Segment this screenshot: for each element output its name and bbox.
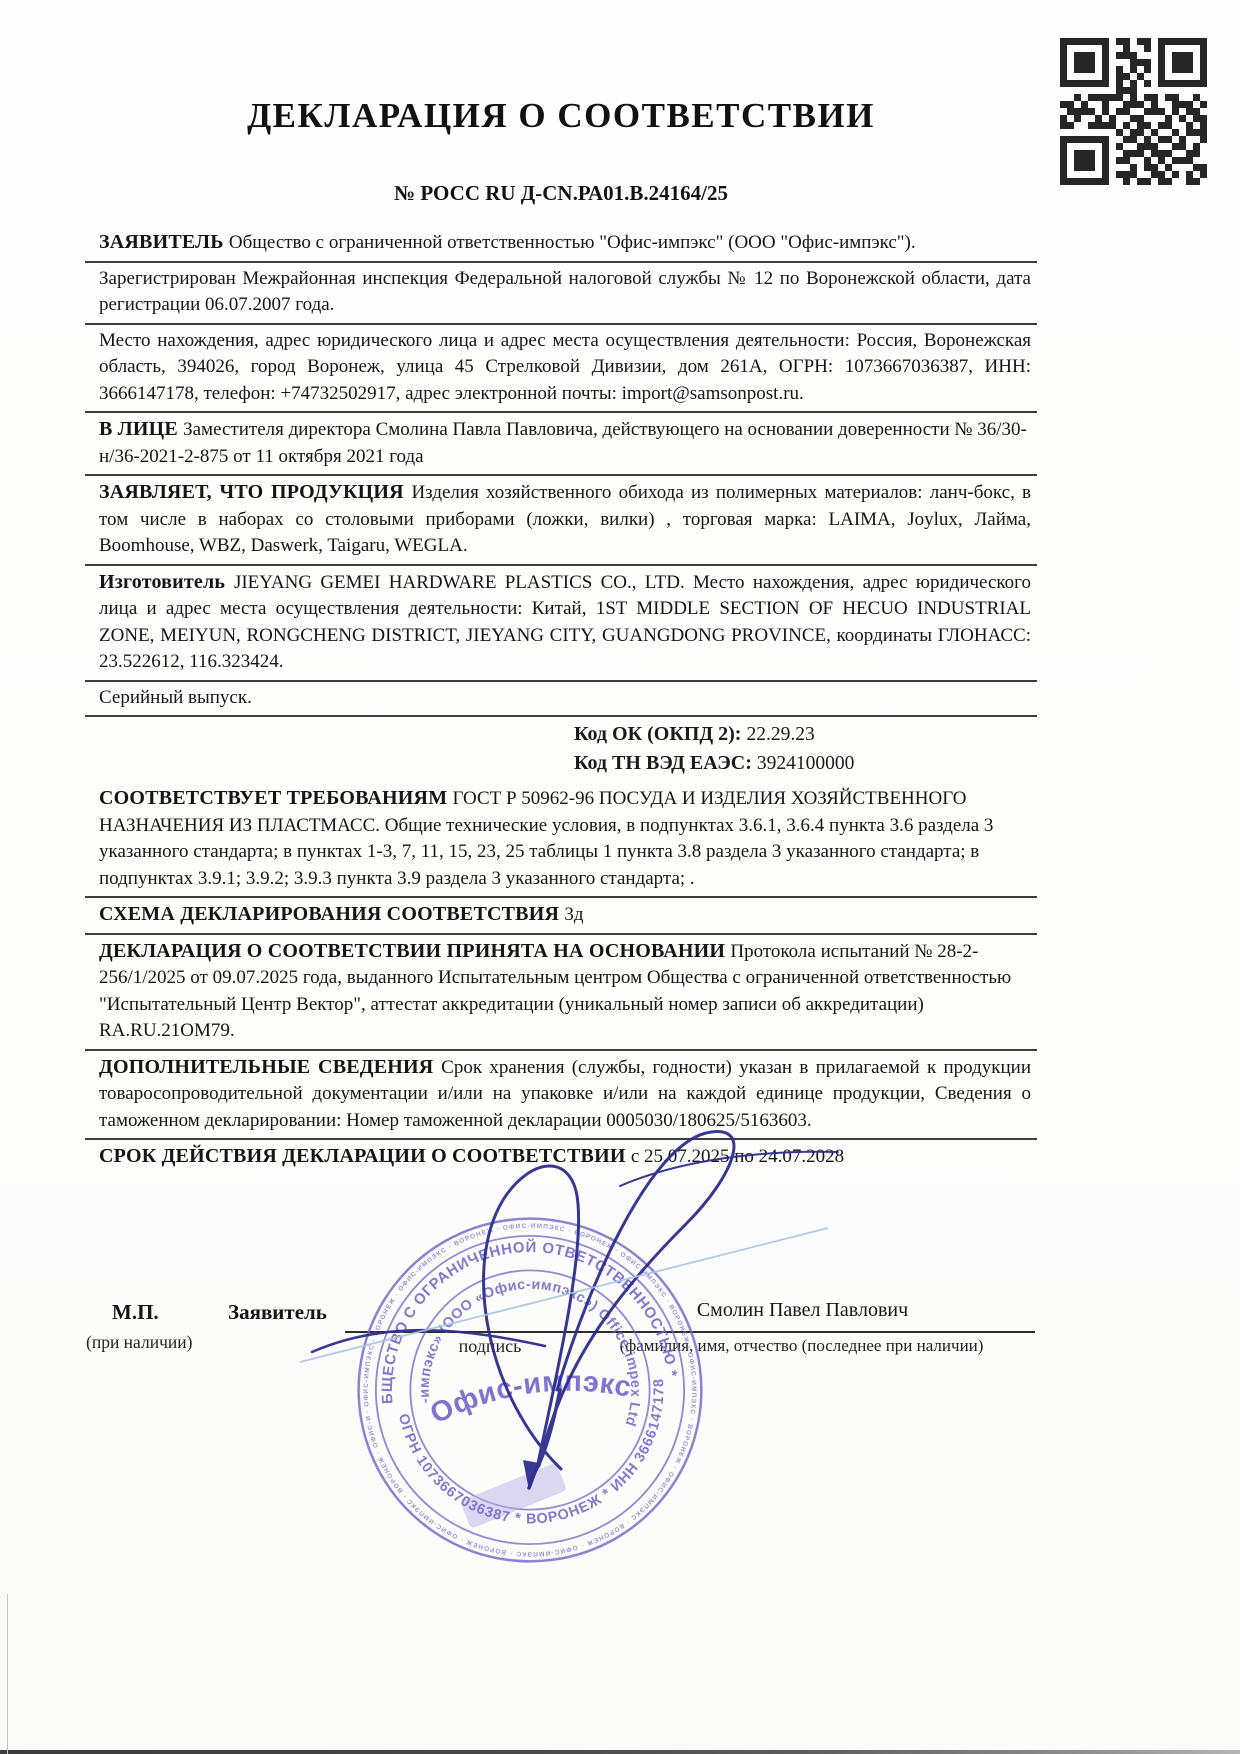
sections: ЗАЯВИТЕЛЬ Общество с ограниченной ответс… [85, 226, 1037, 1175]
document-page: ДЕКЛАРАЦИЯ О СООТВЕТСТВИИ № РОСС RU Д-CN… [0, 0, 1240, 1754]
section-paragraph: ДЕКЛАРАЦИЯ О СООТВЕТСТВИИ ПРИНЯТА НА ОСН… [99, 938, 1031, 1045]
stamp-place-note: (при наличии) [86, 1332, 192, 1353]
section-paragraph: СХЕМА ДЕКЛАРИРОВАНИЯ СООТВЕТСТВИЯ 3д [99, 901, 1031, 929]
section-lead: Изготовитель [99, 571, 234, 593]
section: Место нахождения, адрес юридического лиц… [85, 325, 1037, 414]
section: Зарегистрирован Межрайонная инспекция Фе… [85, 263, 1037, 325]
section: Серийный выпуск. [85, 682, 1037, 718]
section-paragraph: В ЛИЦЕ Заместителя директора Смолина Пав… [99, 416, 1031, 470]
company-stamp: · ОФИС-ИМПЭКС · ВОРОНЕЖ · ОФИС-ИМПЭКС · … [300, 1160, 760, 1620]
code-line: Код ТН ВЭД ЕАЭС: 3924100000 [574, 749, 1031, 778]
section-paragraph: СООТВЕТСТВУЕТ ТРЕБОВАНИЯМ ГОСТ Р 50962-9… [99, 785, 1031, 892]
section-paragraph: ЗАЯВЛЯЕТ, ЧТО ПРОДУКЦИЯ Изделия хозяйств… [99, 479, 1031, 560]
section-lead: ЗАЯВЛЯЕТ, ЧТО ПРОДУКЦИЯ [99, 481, 411, 503]
section: ДОПОЛНИТЕЛЬНЫЕ СВЕДЕНИЯ Срок хранения (с… [85, 1051, 1037, 1141]
section-paragraph: Зарегистрирован Межрайонная инспекция Фе… [99, 266, 1031, 319]
section-lead: ДОПОЛНИТЕЛЬНЫЕ СВЕДЕНИЯ [99, 1056, 441, 1078]
section: Изготовитель JIEYANG GEMEI HARDWARE PLAS… [85, 566, 1037, 682]
document-title: ДЕКЛАРАЦИЯ О СООТВЕТСТВИИ [85, 96, 1037, 136]
section-lead: СООТВЕТСТВУЕТ ТРЕБОВАНИЯМ [99, 787, 452, 809]
section: ЗАЯВИТЕЛЬ Общество с ограниченной ответс… [85, 226, 1037, 263]
code-line: Код ОК (ОКПД 2): 22.29.23 [574, 720, 1031, 749]
section-lead: ДЕКЛАРАЦИЯ О СООТВЕТСТВИИ ПРИНЯТА НА ОСН… [99, 940, 730, 962]
qr-code [1060, 38, 1207, 185]
svg-text:«Офис-импэкс» (ООО «Офис-импэк: «Офис-импэкс» (ООО «Офис-импэкс») Office… [300, 1160, 649, 1475]
section: Код ОК (ОКПД 2): 22.29.23Код ТН ВЭД ЕАЭС… [85, 717, 1037, 782]
section: В ЛИЦЕ Заместителя директора Смолина Пав… [85, 413, 1037, 476]
section: СООТВЕТСТВУЕТ ТРЕБОВАНИЯМ ГОСТ Р 50962-9… [85, 782, 1037, 898]
section: ЗАЯВЛЯЕТ, ЧТО ПРОДУКЦИЯ Изделия хозяйств… [85, 476, 1037, 566]
section-lead: ЗАЯВИТЕЛЬ [99, 231, 229, 253]
section: ДЕКЛАРАЦИЯ О СООТВЕТСТВИИ ПРИНЯТА НА ОСН… [85, 935, 1037, 1051]
section-lead: В ЛИЦЕ [99, 418, 183, 440]
section-lead: СХЕМА ДЕКЛАРИРОВАНИЯ СООТВЕТСТВИЯ [99, 903, 564, 925]
section-paragraph: Изготовитель JIEYANG GEMEI HARDWARE PLAS… [99, 569, 1031, 676]
section-paragraph: Место нахождения, адрес юридического лиц… [99, 328, 1031, 408]
section-paragraph: ДОПОЛНИТЕЛЬНЫЕ СВЕДЕНИЯ Срок хранения (с… [99, 1054, 1031, 1135]
scan-edge-artifact-left [7, 1594, 8, 1754]
declaration-number: № РОСС RU Д-CN.РА01.В.24164/25 [85, 181, 1037, 206]
section: СХЕМА ДЕКЛАРИРОВАНИЯ СООТВЕТСТВИЯ 3д [85, 898, 1037, 935]
section-paragraph: ЗАЯВИТЕЛЬ Общество с ограниченной ответс… [99, 229, 1031, 257]
section-paragraph: Серийный выпуск. [99, 685, 1031, 712]
scan-edge-artifact [0, 1750, 1240, 1754]
stamp-ring-inner-text: «Офис-импэкс» (ООО «Офис-импэкс») Office… [300, 1160, 649, 1475]
stamp-place-label: М.П. [112, 1300, 159, 1325]
